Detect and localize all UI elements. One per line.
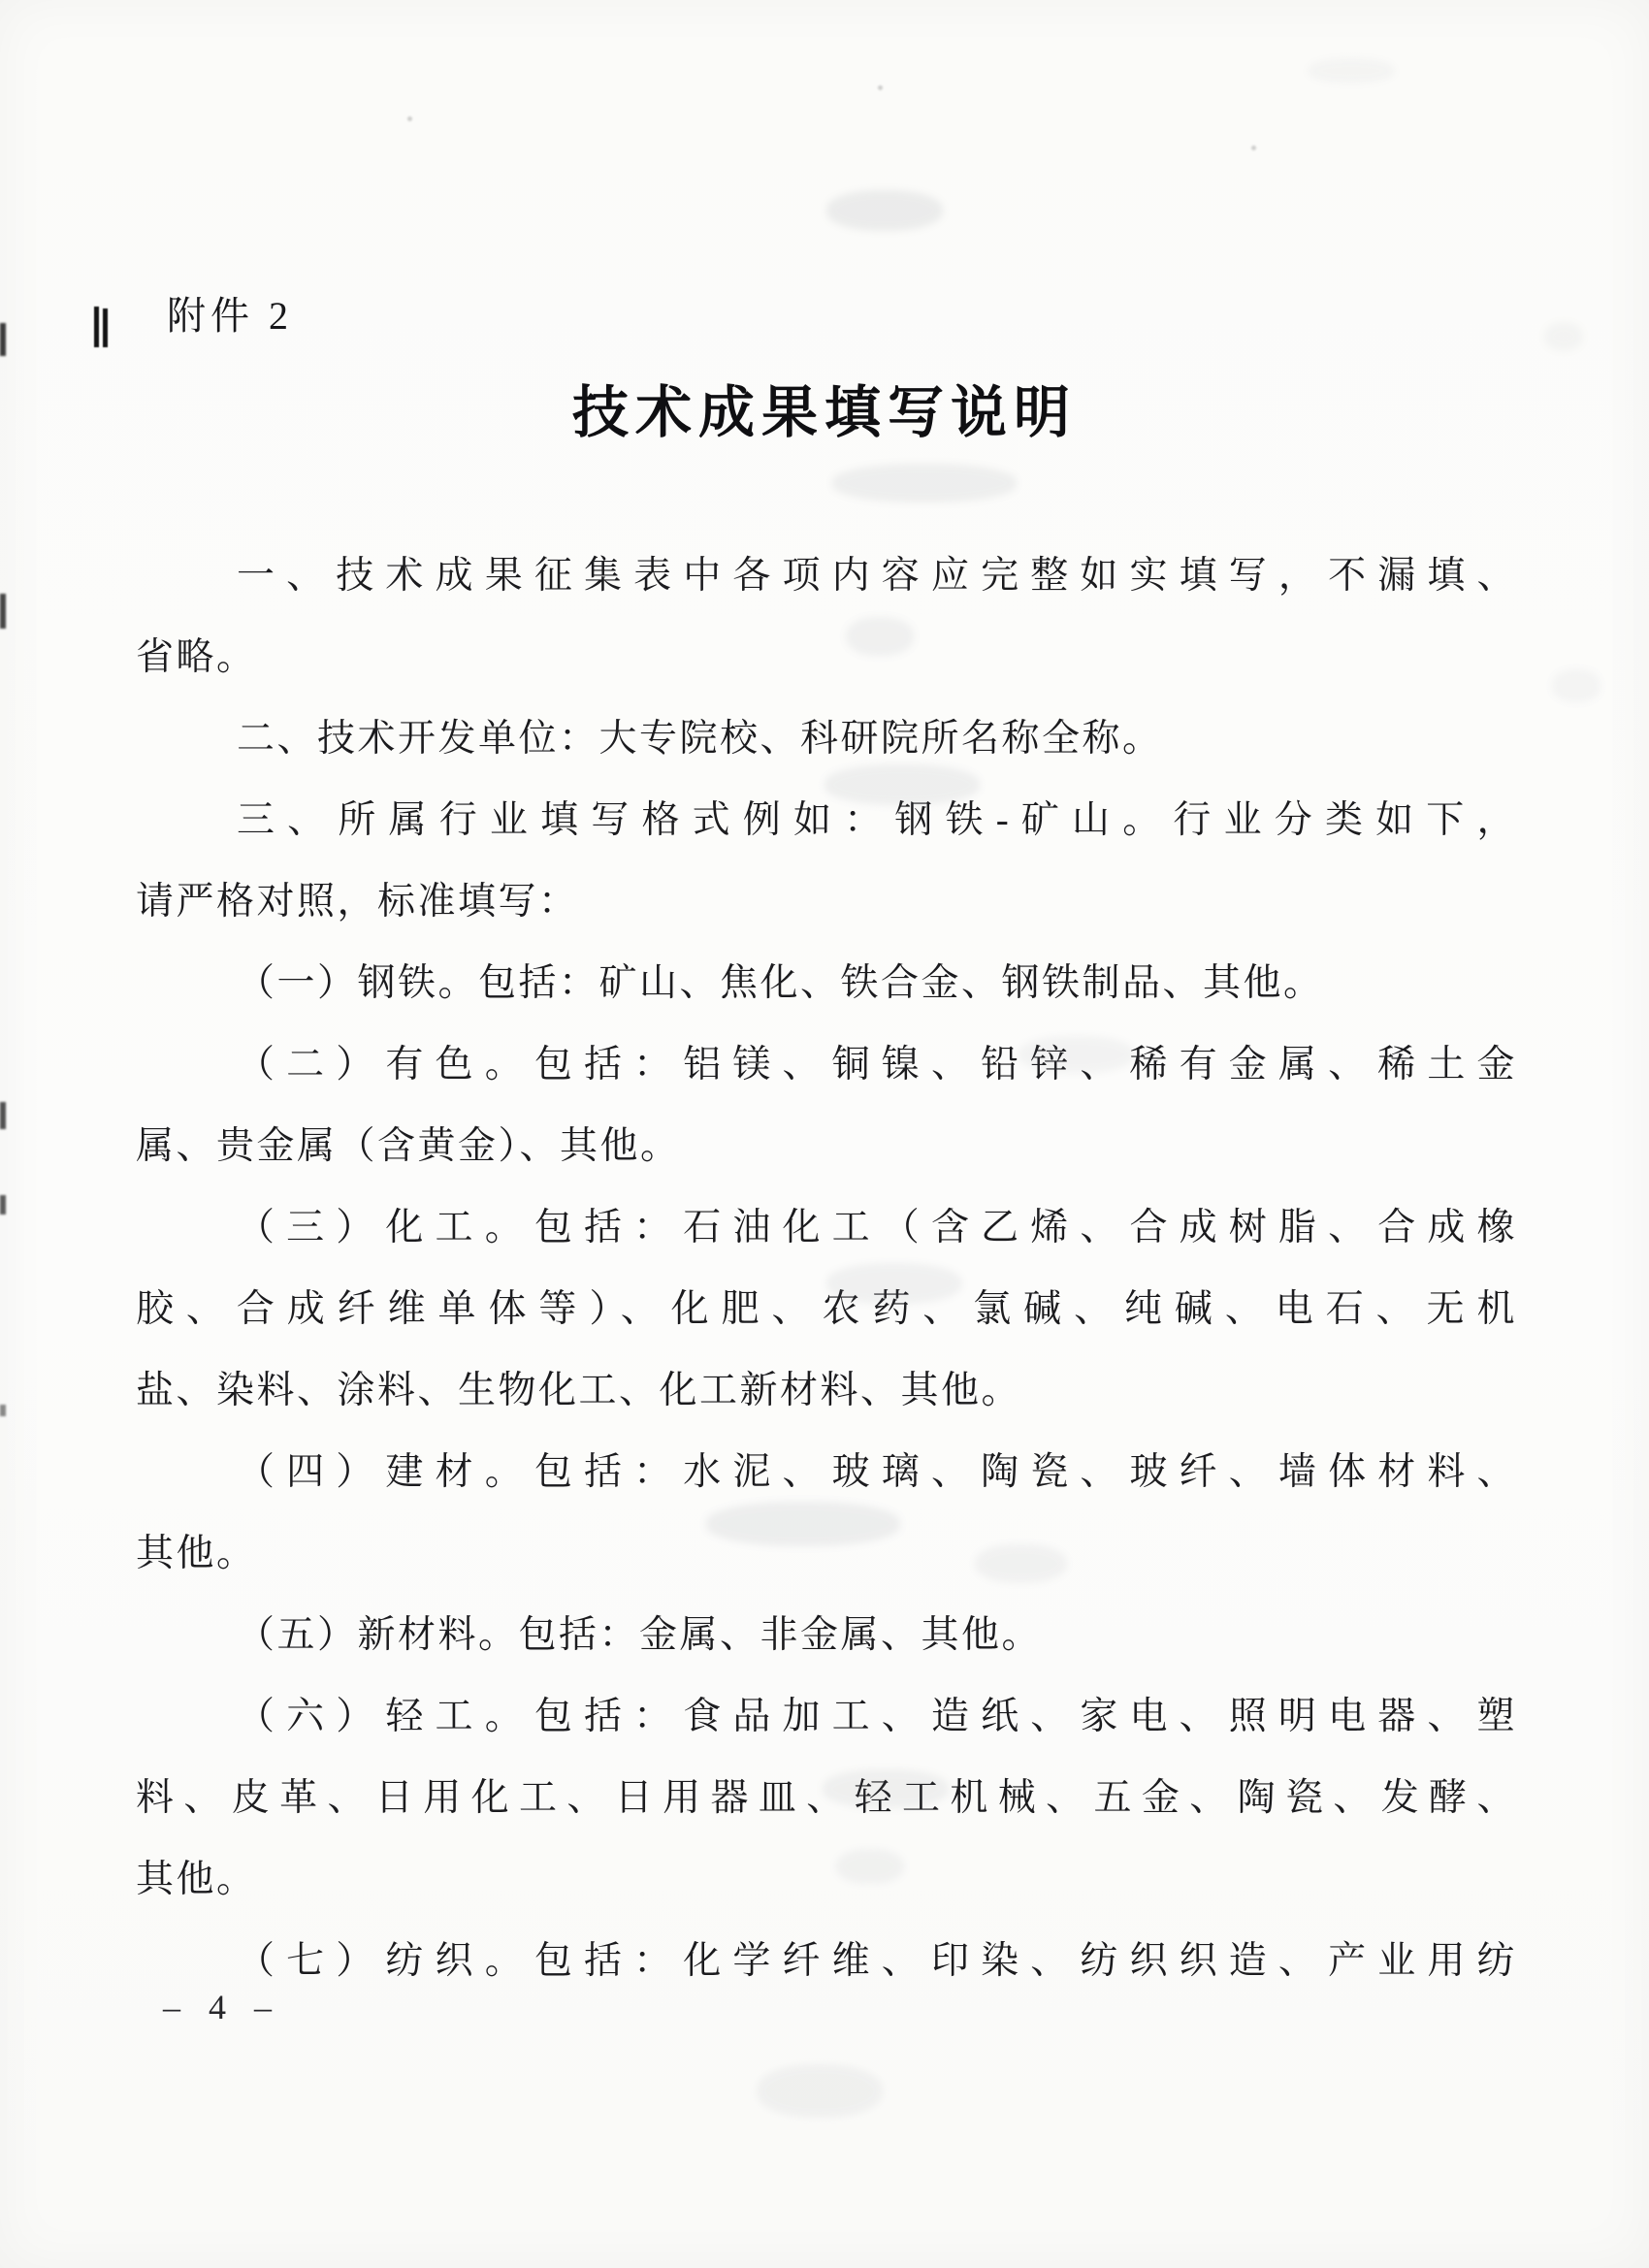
scan-artifact (0, 1102, 6, 1129)
body-line: 二、技术开发单位：大专院校、科研院所名称全称。 (136, 698, 1517, 780)
body-line: （二）有色。包括：铝镁、铜镍、铅锌、稀有金属、稀土金 (136, 1024, 1517, 1106)
body-line: 料、皮革、日用化工、日用器皿、轻工机械、五金、陶瓷、发酵、 (136, 1758, 1517, 1839)
attachment-label: 附件 2 (167, 285, 293, 340)
scan-artifact (1552, 669, 1600, 702)
body-line: 盐、染料、涂料、生物化工、化工新材料、其他。 (136, 1350, 1517, 1432)
body-line: （六）轻工。包括：食品加工、造纸、家电、照明电器、塑 (136, 1676, 1517, 1758)
body-line: （一）钢铁。包括：矿山、焦化、铁合金、钢铁制品、其他。 (136, 943, 1517, 1024)
scan-artifact (103, 308, 108, 347)
scan-artifact (826, 190, 943, 231)
body-line: （五）新材料。包括：金属、非金属、其他。 (136, 1595, 1517, 1676)
body-line: （三）化工。包括：石油化工（含乙烯、合成树脂、合成橡 (136, 1187, 1517, 1269)
page-title: 技术成果填写说明 (0, 367, 1649, 448)
scan-artifact (757, 2064, 883, 2118)
scan-artifact (1308, 58, 1395, 83)
scan-artifact (0, 1405, 6, 1416)
body-line: （四）建材。包括：水泥、玻璃、陶瓷、玻纤、墙体材料、 (136, 1432, 1517, 1513)
scan-artifact (0, 323, 6, 356)
body-line: 请严格对照，标准填写： (136, 861, 1517, 943)
scan-artifact (832, 464, 1017, 502)
body-line: 三、所属行业填写格式例如：钢铁-矿山。行业分类如下， (136, 780, 1517, 861)
scan-artifact (0, 594, 6, 629)
body-line: 省略。 (136, 617, 1517, 698)
body-line: 其他。 (136, 1839, 1517, 1921)
page-number: – 4 – (163, 1987, 281, 2027)
scan-artifact (878, 85, 883, 90)
scan-artifact (94, 307, 99, 347)
scan-artifact (1251, 146, 1256, 150)
scan-artifact (1544, 322, 1583, 351)
document-body: 一、技术成果征集表中各项内容应完整如实填写，不漏填、 省略。 二、技术开发单位：… (136, 535, 1517, 2002)
body-line: 一、技术成果征集表中各项内容应完整如实填写，不漏填、 (136, 535, 1517, 617)
body-line: 属、贵金属（含黄金）、其他。 (136, 1106, 1517, 1187)
scan-artifact (0, 1195, 6, 1215)
body-line: （七）纺织。包括：化学纤维、印染、纺织织造、产业用纺 (136, 1921, 1517, 2002)
body-line: 胶、合成纤维单体等）、化肥、农药、氯碱、纯碱、电石、无机 (136, 1269, 1517, 1350)
body-line: 其他。 (136, 1513, 1517, 1595)
scanned-document-page: 附件 2 技术成果填写说明 一、技术成果征集表中各项内容应完整如实填写，不漏填、… (0, 0, 1649, 2268)
scan-artifact (407, 116, 412, 121)
